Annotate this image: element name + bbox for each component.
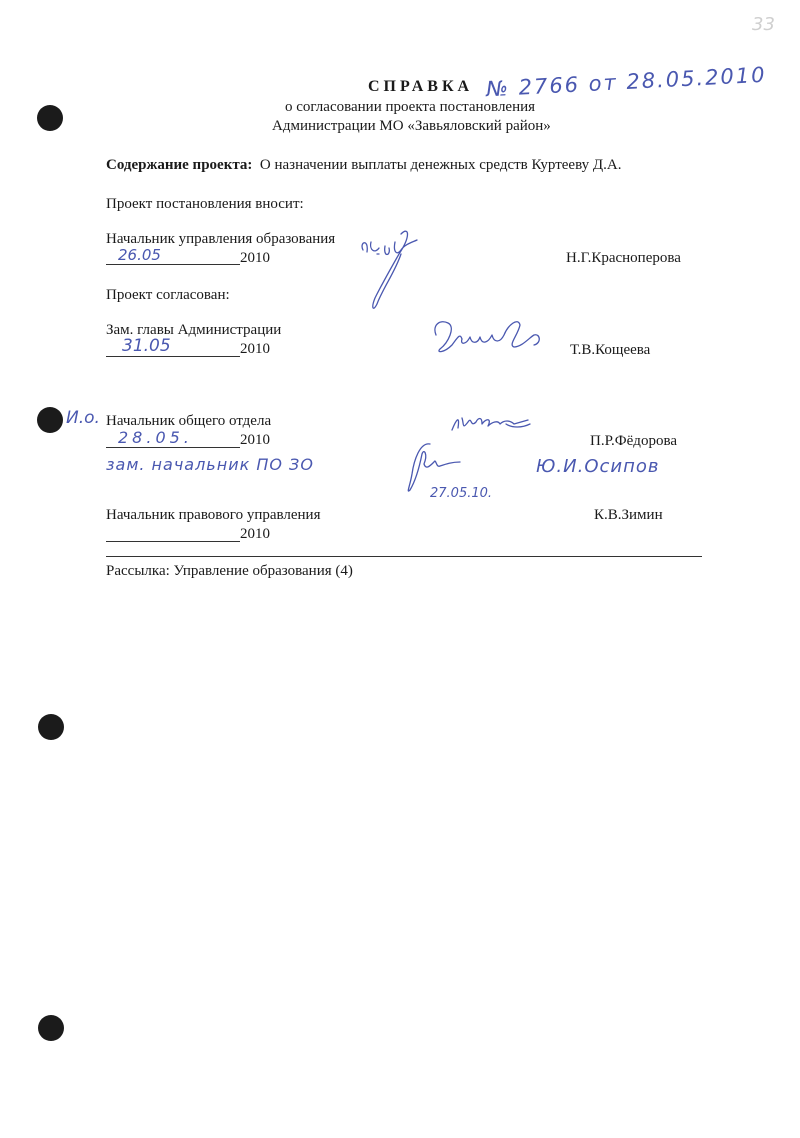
subtitle-line-2: Администрации МО «Завьяловский район» bbox=[272, 117, 551, 135]
signatory-1-handwritten-date: 26.05 bbox=[118, 246, 161, 264]
signatory-3-handwritten-sign-date: 27.05.10. bbox=[430, 486, 492, 501]
signatory-4-year: 2010 bbox=[240, 525, 270, 543]
signatory-3-handwritten-note: зам. начальник ПО ЗО bbox=[106, 455, 314, 474]
punch-hole bbox=[37, 407, 63, 433]
signatory-1-name: Н.Г.Красноперова bbox=[566, 249, 681, 267]
subtitle-line-1: о согласовании проекта постановления bbox=[285, 98, 535, 116]
signatory-3-handwritten-name: Ю.И.Осипов bbox=[536, 456, 660, 477]
signature-koshcheeva bbox=[430, 315, 570, 365]
project-content: Содержание проекта: О назначении выплаты… bbox=[106, 156, 621, 174]
date-line bbox=[106, 356, 240, 357]
project-content-label: Содержание проекта: bbox=[106, 157, 252, 173]
project-content-value: О назначении выплаты денежных средств Ку… bbox=[260, 157, 622, 173]
signatory-3-year: 2010 bbox=[240, 431, 270, 449]
separator-line bbox=[106, 556, 702, 557]
punch-hole bbox=[38, 714, 64, 740]
agreed-label: Проект согласован: bbox=[106, 286, 230, 304]
submitted-by-label: Проект постановления вносит: bbox=[106, 195, 304, 213]
signature-initials-top bbox=[448, 410, 548, 440]
date-line bbox=[106, 447, 240, 448]
signatory-2-year: 2010 bbox=[240, 340, 270, 358]
signatory-3-name: П.Р.Фёдорова bbox=[590, 432, 677, 450]
page-number-pencil: 33 bbox=[752, 14, 775, 35]
signature-krasnoperova bbox=[355, 228, 435, 328]
distribution-list: Рассылка: Управление образования (4) bbox=[106, 562, 353, 580]
signatory-3-handwritten-date: 28.05. bbox=[118, 428, 193, 447]
signatory-2-name: Т.В.Кощеева bbox=[570, 341, 650, 359]
punch-hole bbox=[38, 1015, 64, 1041]
date-line bbox=[106, 541, 240, 542]
date-line bbox=[106, 264, 240, 265]
document-title: СПРАВКА bbox=[368, 78, 473, 96]
punch-hole bbox=[37, 105, 63, 131]
handwritten-reg-number: № 2766 от 28.05.2010 bbox=[486, 63, 768, 102]
signatory-4-position: Начальник правового управления bbox=[106, 506, 320, 524]
signatory-4-name: К.В.Зимин bbox=[594, 506, 663, 524]
signatory-2-handwritten-date: 31.05 bbox=[122, 336, 171, 356]
signatory-1-year: 2010 bbox=[240, 249, 270, 267]
signatory-3-prefix-handwritten: И.о. bbox=[66, 408, 100, 428]
